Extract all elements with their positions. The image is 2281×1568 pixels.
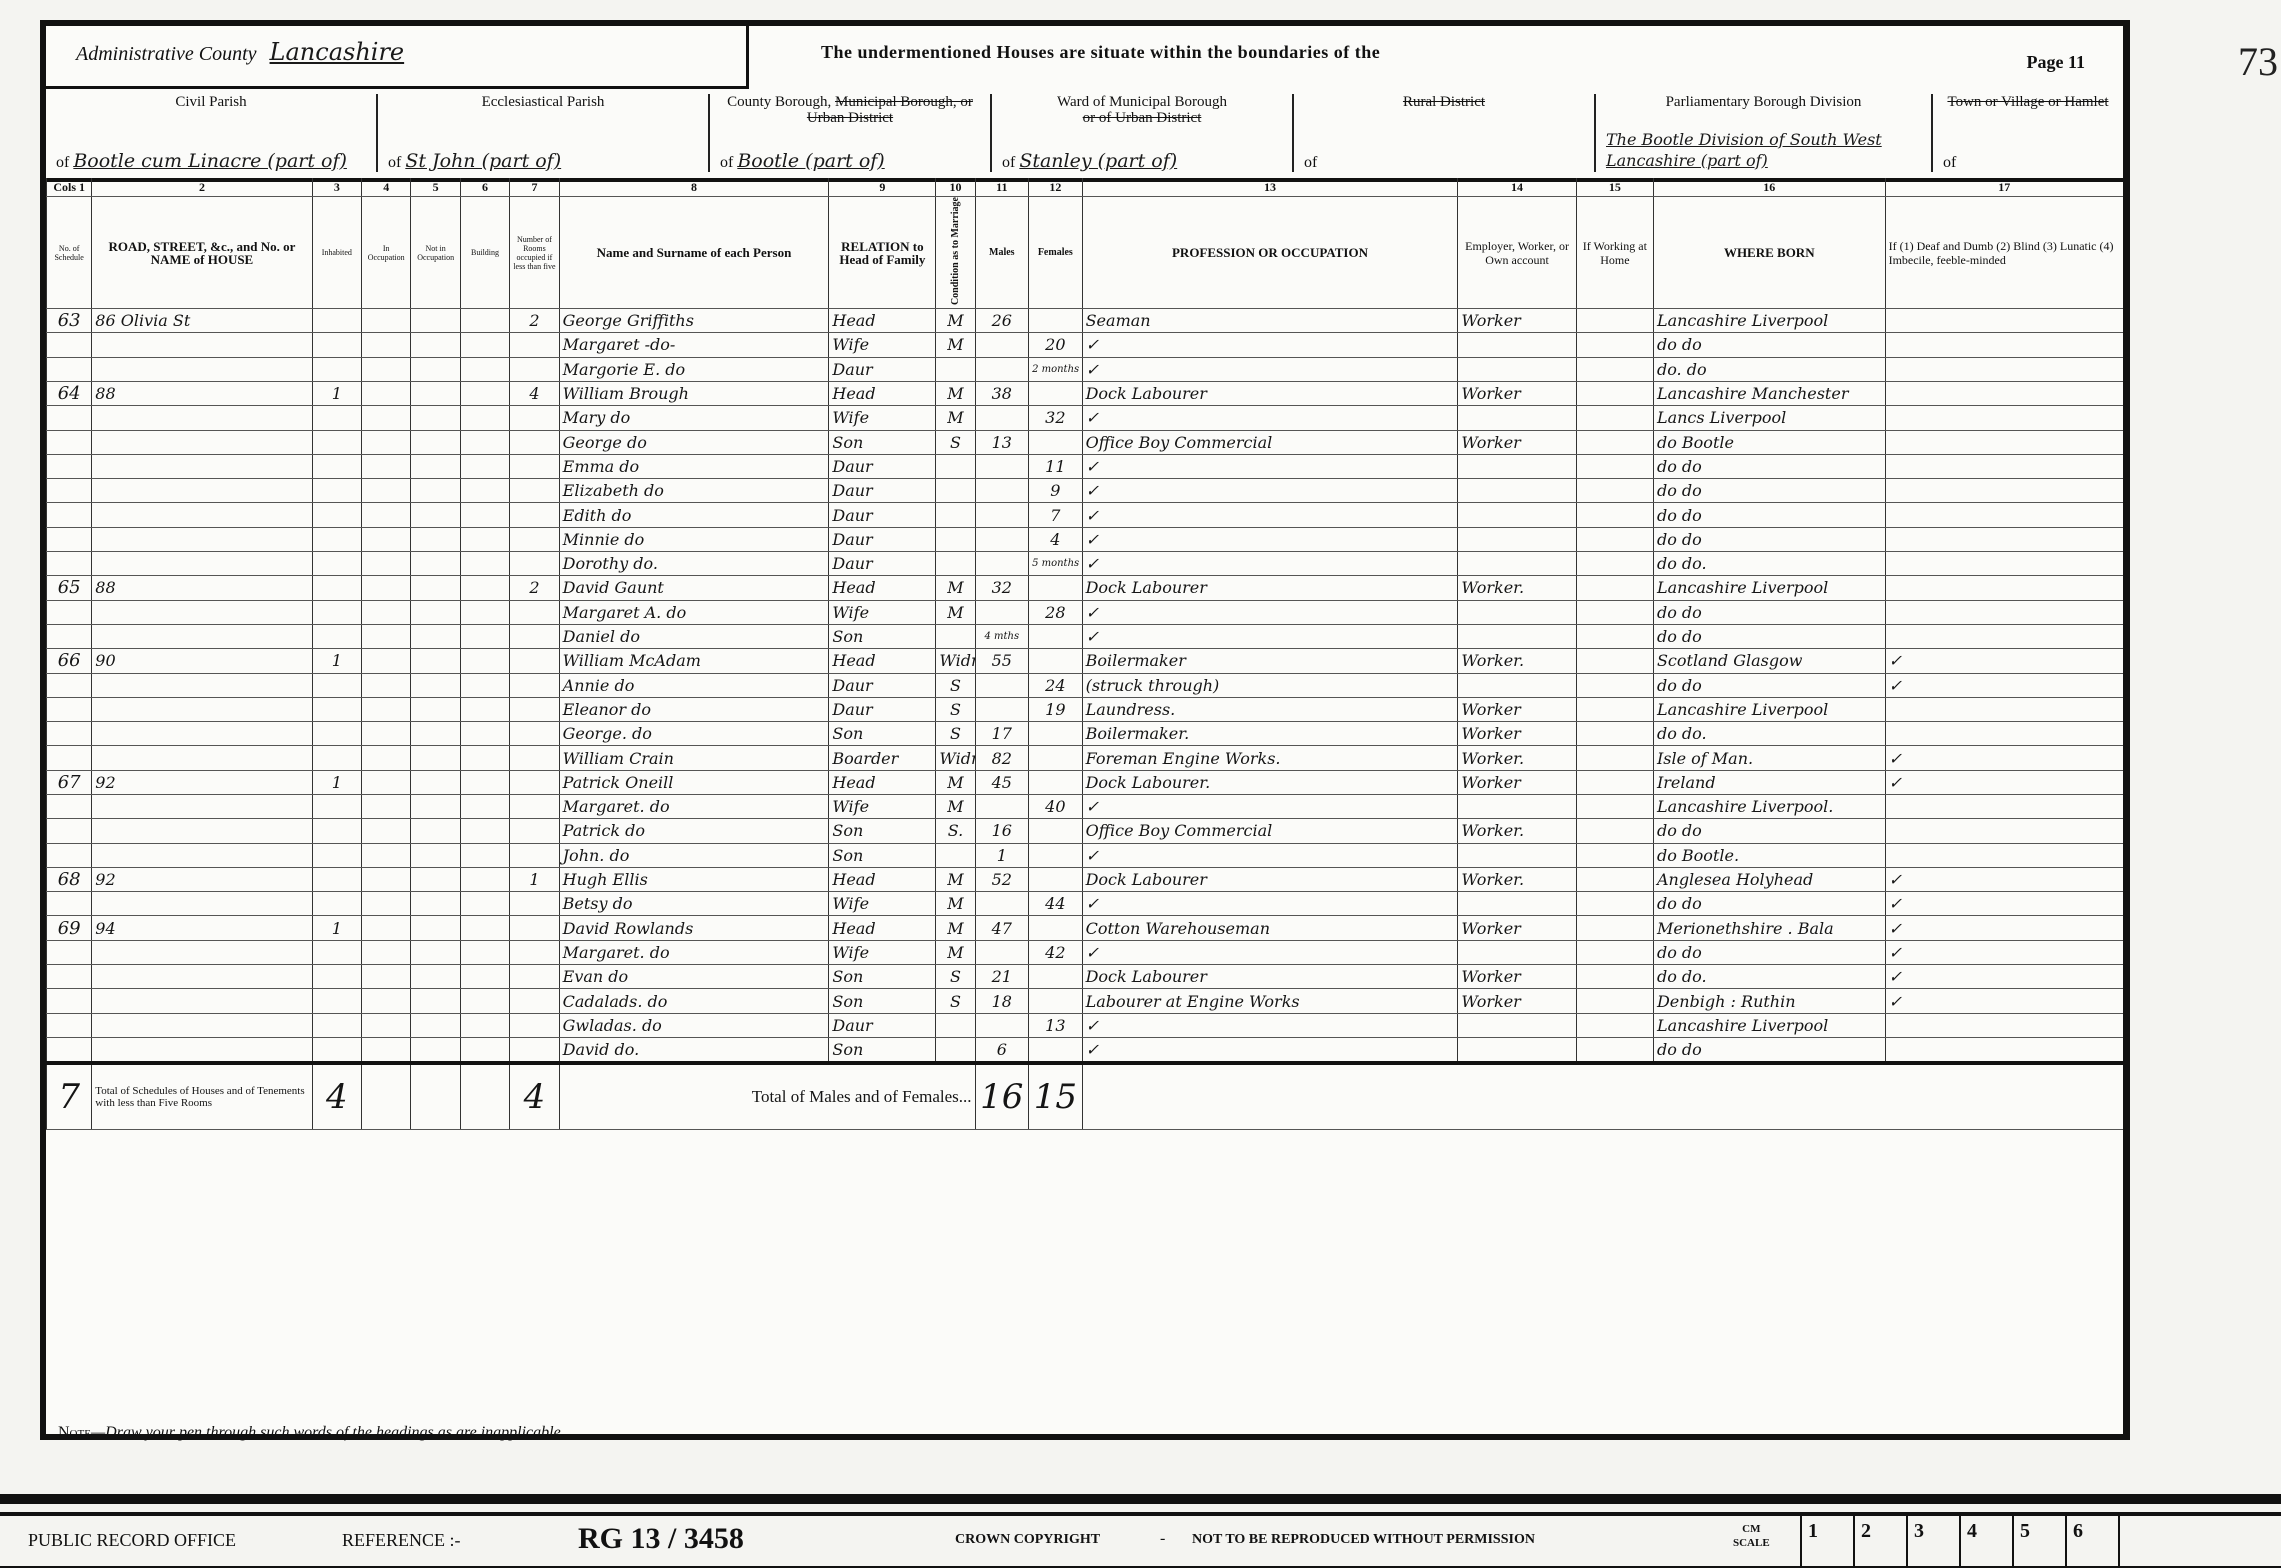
- row-female-age: 13: [1029, 1013, 1083, 1037]
- area-civil-parish: Civil Parish of Bootle cum Linacre (part…: [46, 86, 376, 178]
- row-schedule: [47, 454, 92, 478]
- row-relation: Wife: [829, 940, 936, 964]
- row-inhabited: [312, 479, 361, 503]
- row-schedule: 63: [47, 309, 92, 333]
- row-at-home: [1576, 770, 1653, 794]
- row-inhabited: [312, 819, 361, 843]
- row-schedule: [47, 965, 92, 989]
- row-rooms: [510, 479, 559, 503]
- row-address: [92, 357, 312, 381]
- row-where-born: Lancashire Liverpool: [1653, 1013, 1885, 1037]
- table-row: Mary doWifeM32✓Lancs Liverpool: [47, 406, 2124, 430]
- row-male-age: 4 mths: [975, 624, 1029, 648]
- row-infirmity: ✓: [1885, 892, 2123, 916]
- row-inhabited: [312, 892, 361, 916]
- row-condition: M: [936, 770, 975, 794]
- row-infirmity: ✓: [1885, 867, 2123, 891]
- row-building: [460, 940, 509, 964]
- header-in-occupation: In Occupation: [362, 197, 411, 309]
- table-row: 69941David RowlandsHeadM47Cotton Warehou…: [47, 916, 2124, 940]
- header-at-home: If Working at Home: [1576, 197, 1653, 309]
- area-value-line: The Bootle Division of South West Lancas…: [1606, 130, 1921, 172]
- row-male-age: [975, 406, 1029, 430]
- row-schedule: [47, 697, 92, 721]
- row-condition: M: [936, 940, 975, 964]
- row-not-in-occupation: [411, 527, 460, 551]
- row-employment: [1458, 843, 1576, 867]
- row-in-occupation: [362, 479, 411, 503]
- area-label-struck: or of Urban District: [1083, 110, 1202, 126]
- row-infirmity: [1885, 406, 2123, 430]
- row-where-born: Scotland Glasgow: [1653, 649, 1885, 673]
- row-schedule: [47, 479, 92, 503]
- row-occupation: Dock Labourer: [1082, 576, 1458, 600]
- row-rooms: [510, 649, 559, 673]
- row-address: [92, 503, 312, 527]
- row-not-in-occupation: [411, 673, 460, 697]
- row-building: [460, 454, 509, 478]
- row-infirmity: [1885, 381, 2123, 405]
- area-rural-district: Rural District of: [1294, 86, 1594, 178]
- row-rooms: [510, 503, 559, 527]
- row-name: George Griffiths: [559, 309, 829, 333]
- row-employment: [1458, 673, 1576, 697]
- row-rooms: [510, 406, 559, 430]
- admin-county-label: Administrative County: [76, 43, 257, 65]
- census-sheet: Administrative County Lancashire The und…: [40, 20, 2130, 1440]
- row-relation: Daur: [829, 527, 936, 551]
- row-building: [460, 309, 509, 333]
- area-label-struck: Municipal Borough, or Urban District: [807, 94, 973, 126]
- row-address: [92, 479, 312, 503]
- row-building: [460, 965, 509, 989]
- row-address: [92, 1037, 312, 1063]
- row-schedule: 67: [47, 770, 92, 794]
- row-building: [460, 406, 509, 430]
- row-employment: [1458, 527, 1576, 551]
- row-female-age: [1029, 916, 1083, 940]
- row-male-age: 21: [975, 965, 1029, 989]
- row-inhabited: 1: [312, 770, 361, 794]
- row-not-in-occupation: [411, 600, 460, 624]
- row-inhabited: [312, 940, 361, 964]
- row-inhabited: [312, 697, 361, 721]
- row-building: [460, 843, 509, 867]
- row-infirmity: [1885, 722, 2123, 746]
- row-infirmity: [1885, 600, 2123, 624]
- row-employment: [1458, 600, 1576, 624]
- row-building: [460, 624, 509, 648]
- row-not-in-occupation: [411, 722, 460, 746]
- row-building: [460, 357, 509, 381]
- row-employment: [1458, 1013, 1576, 1037]
- row-where-born: Merionethshire . Bala: [1653, 916, 1885, 940]
- row-relation: Head: [829, 576, 936, 600]
- row-building: [460, 770, 509, 794]
- row-at-home: [1576, 794, 1653, 818]
- row-female-age: 4: [1029, 527, 1083, 551]
- area-label: Parliamentary Borough Division: [1596, 94, 1931, 110]
- header-where-born: WHERE BORN: [1653, 197, 1885, 309]
- row-at-home: [1576, 722, 1653, 746]
- row-condition: S: [936, 722, 975, 746]
- row-infirmity: [1885, 1037, 2123, 1063]
- row-employment: Worker: [1458, 697, 1576, 721]
- row-female-age: 42: [1029, 940, 1083, 964]
- row-occupation: ✓: [1082, 552, 1458, 576]
- row-male-age: [975, 552, 1029, 576]
- row-relation: Son: [829, 1037, 936, 1063]
- census-table: Cols 1 2 3 4 5 6 7 8 9 10 11 12 13 14 15…: [46, 178, 2123, 1130]
- row-at-home: [1576, 673, 1653, 697]
- row-relation: Daur: [829, 503, 936, 527]
- row-not-in-occupation: [411, 794, 460, 818]
- row-infirmity: [1885, 819, 2123, 843]
- row-rooms: [510, 940, 559, 964]
- area-value-line: of Bootle cum Linacre (part of): [56, 150, 366, 172]
- row-female-age: [1029, 624, 1083, 648]
- row-female-age: 11: [1029, 454, 1083, 478]
- table-row: 67921Patrick OneillHeadM45Dock Labourer.…: [47, 770, 2124, 794]
- row-infirmity: ✓: [1885, 965, 2123, 989]
- row-name: Margorie E. do: [559, 357, 829, 381]
- row-at-home: [1576, 357, 1653, 381]
- row-not-in-occupation: [411, 770, 460, 794]
- scale-mark: 6: [2065, 1516, 2118, 1566]
- row-at-home: [1576, 697, 1653, 721]
- row-at-home: [1576, 867, 1653, 891]
- row-building: [460, 552, 509, 576]
- row-where-born: do do: [1653, 503, 1885, 527]
- row-occupation: Boilermaker.: [1082, 722, 1458, 746]
- row-schedule: [47, 794, 92, 818]
- row-schedule: [47, 527, 92, 551]
- row-building: [460, 892, 509, 916]
- area-value: Stanley (part of): [1019, 150, 1177, 172]
- row-schedule: [47, 892, 92, 916]
- row-address: [92, 406, 312, 430]
- row-where-born: Lancashire Liverpool: [1653, 576, 1885, 600]
- row-condition: [936, 843, 975, 867]
- row-building: [460, 989, 509, 1013]
- row-rooms: [510, 892, 559, 916]
- row-relation: Daur: [829, 552, 936, 576]
- row-at-home: [1576, 333, 1653, 357]
- row-female-age: 2 months: [1029, 357, 1083, 381]
- row-name: William Brough: [559, 381, 829, 405]
- row-male-age: 55: [975, 649, 1029, 673]
- row-in-occupation: [362, 819, 411, 843]
- row-relation: Son: [829, 624, 936, 648]
- row-at-home: [1576, 940, 1653, 964]
- row-at-home: [1576, 989, 1653, 1013]
- row-not-in-occupation: [411, 357, 460, 381]
- row-in-occupation: [362, 430, 411, 454]
- row-address: [92, 624, 312, 648]
- row-male-age: [975, 697, 1029, 721]
- row-employment: [1458, 333, 1576, 357]
- row-rooms: [510, 552, 559, 576]
- header-infirmity: If (1) Deaf and Dumb (2) Blind (3) Lunat…: [1885, 197, 2123, 309]
- row-relation: Daur: [829, 697, 936, 721]
- row-male-age: 16: [975, 819, 1029, 843]
- table-row: Margaret -do-WifeM20✓do do: [47, 333, 2124, 357]
- row-infirmity: ✓: [1885, 989, 2123, 1013]
- row-infirmity: ✓: [1885, 916, 2123, 940]
- row-female-age: 7: [1029, 503, 1083, 527]
- row-occupation: Labourer at Engine Works: [1082, 989, 1458, 1013]
- row-inhabited: 1: [312, 649, 361, 673]
- row-address: [92, 552, 312, 576]
- row-employment: [1458, 454, 1576, 478]
- row-schedule: [47, 430, 92, 454]
- row-infirmity: ✓: [1885, 673, 2123, 697]
- col-number: 2: [92, 178, 312, 197]
- row-employment: [1458, 357, 1576, 381]
- row-at-home: [1576, 819, 1653, 843]
- row-condition: M: [936, 406, 975, 430]
- row-at-home: [1576, 309, 1653, 333]
- row-employment: Worker: [1458, 309, 1576, 333]
- cm-scale-label: CMSCALE: [1733, 1522, 1770, 1550]
- row-occupation: Seaman: [1082, 309, 1458, 333]
- row-relation: Boarder: [829, 746, 936, 770]
- row-address: [92, 940, 312, 964]
- scale-mark: [2118, 1516, 2218, 1566]
- row-in-occupation: [362, 552, 411, 576]
- table-row: George. doSonS17Boilermaker.Workerdo do.: [47, 722, 2124, 746]
- row-relation: Head: [829, 916, 936, 940]
- row-female-age: [1029, 965, 1083, 989]
- row-male-age: [975, 333, 1029, 357]
- row-rooms: 4: [510, 381, 559, 405]
- row-name: Margaret -do-: [559, 333, 829, 357]
- row-name: Dorothy do.: [559, 552, 829, 576]
- row-female-age: 9: [1029, 479, 1083, 503]
- row-female-age: 24: [1029, 673, 1083, 697]
- row-rooms: 2: [510, 576, 559, 600]
- row-occupation: ✓: [1082, 333, 1458, 357]
- census-rows: 6386 Olivia St2George GriffithsHeadM26Se…: [47, 309, 2124, 1064]
- row-rooms: [510, 673, 559, 697]
- row-male-age: 13: [975, 430, 1029, 454]
- row-inhabited: [312, 746, 361, 770]
- row-address: [92, 989, 312, 1013]
- area-boundaries: Civil Parish of Bootle cum Linacre (part…: [46, 86, 2123, 182]
- row-occupation: Dock Labourer: [1082, 381, 1458, 405]
- area-label-text: County Borough,: [727, 94, 831, 110]
- area-ecclesiastical-parish: Ecclesiastical Parish of St John (part o…: [378, 86, 708, 178]
- row-building: [460, 600, 509, 624]
- row-not-in-occupation: [411, 333, 460, 357]
- header-schedule: No. of Schedule: [47, 197, 92, 309]
- col-number: 15: [1576, 178, 1653, 197]
- table-row: David do.Son6✓do do: [47, 1037, 2124, 1063]
- row-relation: Head: [829, 381, 936, 405]
- row-female-age: 44: [1029, 892, 1083, 916]
- row-name: Mary do: [559, 406, 829, 430]
- row-where-born: Lancs Liverpool: [1653, 406, 1885, 430]
- row-name: Eleanor do: [559, 697, 829, 721]
- row-relation: Wife: [829, 892, 936, 916]
- row-not-in-occupation: [411, 503, 460, 527]
- row-female-age: 5 months: [1029, 552, 1083, 576]
- row-inhabited: 1: [312, 916, 361, 940]
- row-at-home: [1576, 503, 1653, 527]
- area-value: Bootle cum Linacre (part of): [73, 150, 347, 172]
- table-row: Margaret A. doWifeM28✓do do: [47, 600, 2124, 624]
- row-rooms: [510, 600, 559, 624]
- row-where-born: do do: [1653, 479, 1885, 503]
- row-relation: Son: [829, 430, 936, 454]
- header-building: Building: [460, 197, 509, 309]
- row-schedule: 69: [47, 916, 92, 940]
- row-schedule: [47, 673, 92, 697]
- row-male-age: 1: [975, 843, 1029, 867]
- table-row: Evan doSonS21Dock LabourerWorkerdo do.✓: [47, 965, 2124, 989]
- row-employment: Worker: [1458, 965, 1576, 989]
- row-schedule: [47, 503, 92, 527]
- row-in-occupation: [362, 333, 411, 357]
- row-where-born: do Bootle: [1653, 430, 1885, 454]
- row-occupation: Cotton Warehouseman: [1082, 916, 1458, 940]
- row-occupation: ✓: [1082, 1013, 1458, 1037]
- col-number: Cols 1: [47, 178, 92, 197]
- row-in-occupation: [362, 673, 411, 697]
- row-where-born: do do.: [1653, 722, 1885, 746]
- row-where-born: do do: [1653, 1037, 1885, 1063]
- row-inhabited: [312, 965, 361, 989]
- row-inhabited: [312, 624, 361, 648]
- row-not-in-occupation: [411, 916, 460, 940]
- col-number: 16: [1653, 178, 1885, 197]
- col-number: 10: [936, 178, 975, 197]
- row-employment: Worker.: [1458, 649, 1576, 673]
- row-female-age: [1029, 770, 1083, 794]
- row-relation: Daur: [829, 454, 936, 478]
- row-rooms: [510, 989, 559, 1013]
- row-in-occupation: [362, 649, 411, 673]
- row-building: [460, 333, 509, 357]
- row-building: [460, 867, 509, 891]
- row-at-home: [1576, 406, 1653, 430]
- row-employment: [1458, 1037, 1576, 1063]
- col-number: 17: [1885, 178, 2123, 197]
- col-number: 4: [362, 178, 411, 197]
- row-occupation: Office Boy Commercial: [1082, 430, 1458, 454]
- row-schedule: 68: [47, 867, 92, 891]
- row-female-age: 32: [1029, 406, 1083, 430]
- row-male-age: [975, 479, 1029, 503]
- row-name: William Crain: [559, 746, 829, 770]
- row-where-born: Lancashire Manchester: [1653, 381, 1885, 405]
- row-address: 88: [92, 381, 312, 405]
- row-not-in-occupation: [411, 649, 460, 673]
- row-female-age: 28: [1029, 600, 1083, 624]
- row-inhabited: [312, 843, 361, 867]
- row-employment: Worker: [1458, 989, 1576, 1013]
- row-inhabited: [312, 430, 361, 454]
- row-not-in-occupation: [411, 406, 460, 430]
- row-address: [92, 1013, 312, 1037]
- column-number-row: Cols 1 2 3 4 5 6 7 8 9 10 11 12 13 14 15…: [47, 178, 2124, 197]
- row-relation: Daur: [829, 479, 936, 503]
- row-at-home: [1576, 892, 1653, 916]
- row-infirmity: [1885, 454, 2123, 478]
- row-not-in-occupation: [411, 989, 460, 1013]
- row-where-born: Lancashire Liverpool: [1653, 309, 1885, 333]
- row-schedule: [47, 333, 92, 357]
- page-label: Page: [2027, 52, 2064, 72]
- row-infirmity: ✓: [1885, 746, 2123, 770]
- table-row: 648814William BroughHeadM38Dock Labourer…: [47, 381, 2124, 405]
- row-condition: [936, 357, 975, 381]
- row-rooms: [510, 333, 559, 357]
- row-address: 90: [92, 649, 312, 673]
- area-value: The Bootle Division of South West Lancas…: [1606, 130, 1882, 170]
- table-row: John. doSon1✓do Bootle.: [47, 843, 2124, 867]
- row-female-age: 20: [1029, 333, 1083, 357]
- table-row: Daniel doSon4 mths✓do do: [47, 624, 2124, 648]
- row-in-occupation: [362, 309, 411, 333]
- row-in-occupation: [362, 406, 411, 430]
- total-males: 16: [975, 1063, 1029, 1130]
- row-at-home: [1576, 1013, 1653, 1037]
- row-address: [92, 527, 312, 551]
- area-label: Ward of Municipal Boroughor of Urban Dis…: [992, 94, 1292, 126]
- row-rooms: [510, 819, 559, 843]
- row-building: [460, 649, 509, 673]
- row-male-age: 18: [975, 989, 1029, 1013]
- row-rooms: [510, 624, 559, 648]
- row-name: David Gaunt: [559, 576, 829, 600]
- area-value-line: of: [1943, 150, 2113, 172]
- scale-mark: 2: [1853, 1516, 1906, 1566]
- area-label-text: Ward of Municipal Borough: [1057, 94, 1227, 110]
- row-infirmity: ✓: [1885, 940, 2123, 964]
- row-male-age: 45: [975, 770, 1029, 794]
- row-occupation: Dock Labourer: [1082, 867, 1458, 891]
- row-infirmity: [1885, 624, 2123, 648]
- row-in-occupation: [362, 1013, 411, 1037]
- row-building: [460, 430, 509, 454]
- row-address: [92, 430, 312, 454]
- row-schedule: [47, 406, 92, 430]
- table-row: Eleanor doDaurS19Laundress.WorkerLancash…: [47, 697, 2124, 721]
- total-rooms: 4: [510, 1063, 559, 1130]
- row-infirmity: [1885, 527, 2123, 551]
- row-in-occupation: [362, 867, 411, 891]
- row-in-occupation: [362, 989, 411, 1013]
- footer-reference: RG 13 / 3458: [578, 1522, 744, 1556]
- row-where-born: Anglesea Holyhead: [1653, 867, 1885, 891]
- row-rooms: [510, 916, 559, 940]
- row-inhabited: [312, 1037, 361, 1063]
- row-condition: S: [936, 989, 975, 1013]
- header-condition-text: Condition as to Marriage: [949, 197, 962, 305]
- row-schedule: [47, 600, 92, 624]
- row-condition: M: [936, 600, 975, 624]
- row-female-age: [1029, 576, 1083, 600]
- header-employer: Employer, Worker, or Own account: [1458, 197, 1576, 309]
- page-number: Page 11: [2027, 52, 2086, 73]
- row-relation: Wife: [829, 333, 936, 357]
- row-rooms: [510, 794, 559, 818]
- table-row: 68921Hugh EllisHeadM52Dock LabourerWorke…: [47, 867, 2124, 891]
- row-condition: M: [936, 916, 975, 940]
- row-where-born: Lancashire Liverpool: [1653, 697, 1885, 721]
- row-female-age: [1029, 746, 1083, 770]
